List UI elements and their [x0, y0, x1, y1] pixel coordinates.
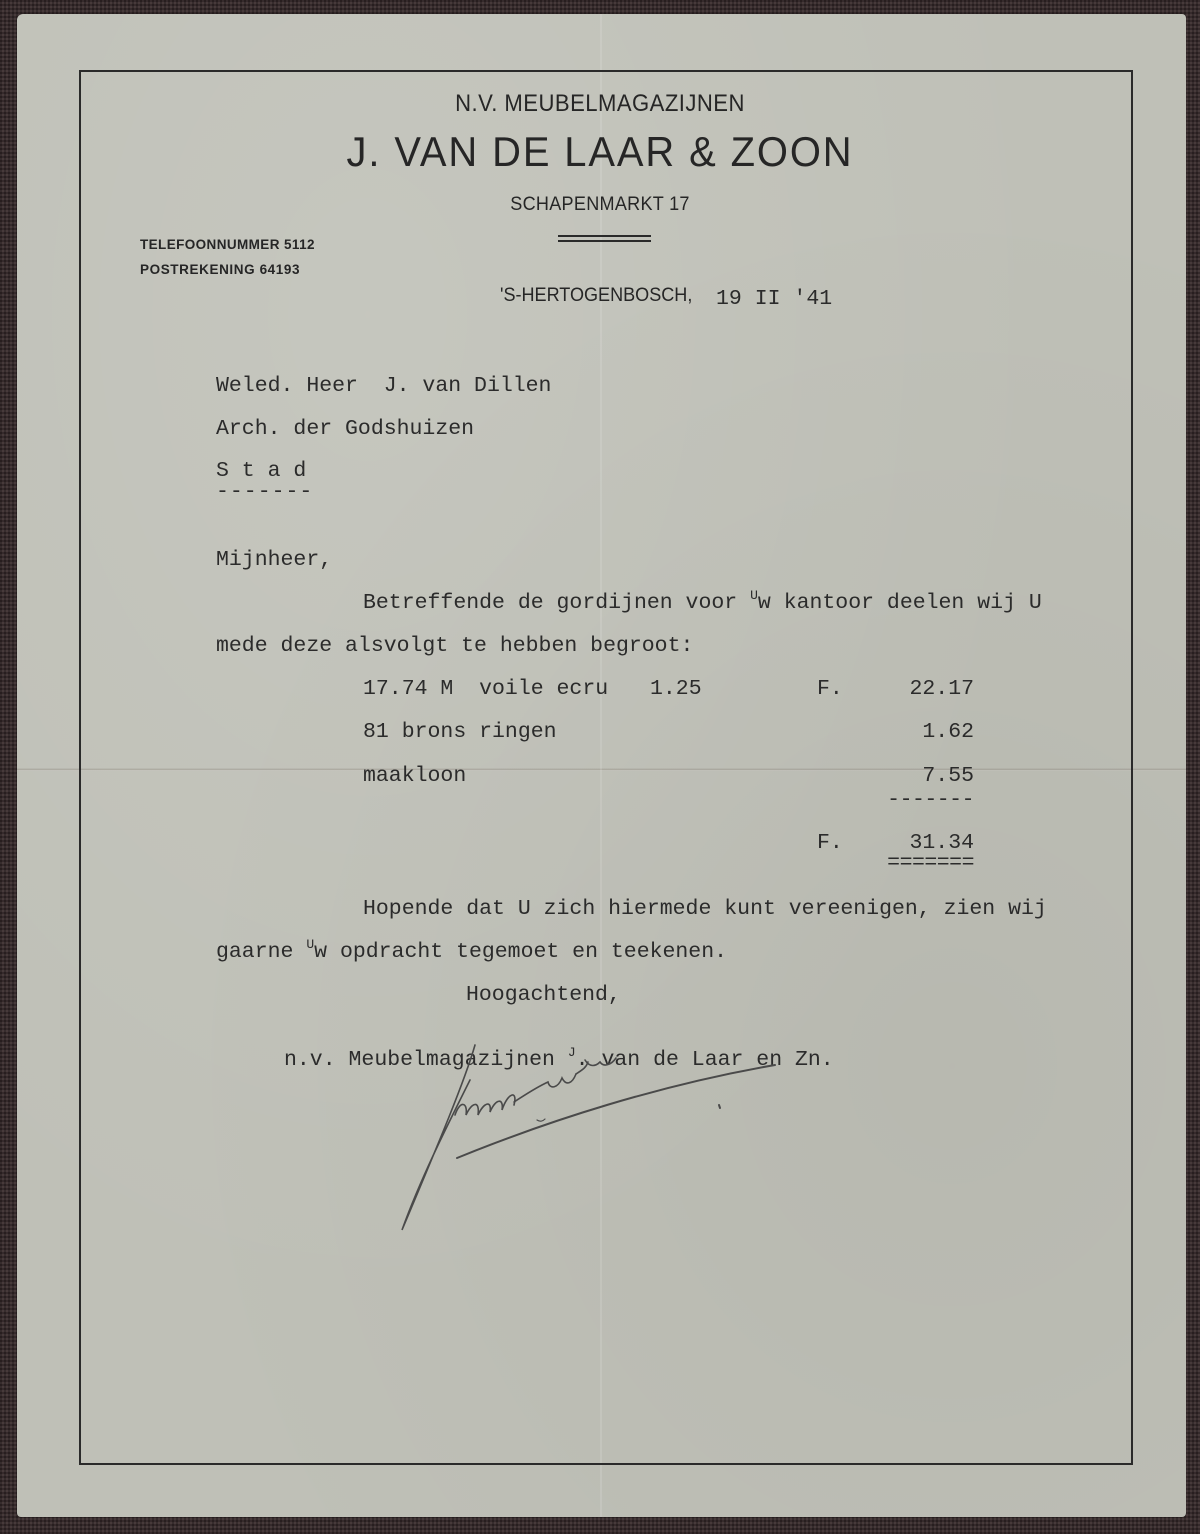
superscript: U — [750, 588, 758, 603]
body-paragraph-1-line-2: mede deze alsvolgt te hebben begroot: — [216, 636, 693, 658]
superscript: U — [306, 937, 314, 952]
item-description: maakloon — [363, 766, 466, 788]
letterhead-rule-top — [558, 235, 651, 237]
subtotal-rule: ------- — [880, 790, 974, 812]
text-run: Betreffende de gordijnen voor — [363, 591, 750, 615]
complimentary-close: Hoogachtend, — [466, 985, 621, 1007]
company-type: N.V. MEUBELMAGAZIJNEN — [48, 90, 1152, 118]
item-description: 81 brons ringen — [363, 722, 557, 744]
letterhead-rule-bottom — [558, 240, 651, 242]
closing-line-1: Hopende dat U zich hiermede kunt vereeni… — [363, 899, 1047, 921]
closing-line-2: gaarne Uw opdracht tegemoet en teekenen. — [216, 942, 727, 964]
item-description: 17.74 M voile ecru — [363, 679, 608, 701]
item-unit-price: 1.25 — [650, 679, 702, 701]
letter-date: 19 II '41 — [716, 289, 832, 311]
salutation: Mijnheer, — [216, 550, 332, 572]
company-name: J. VAN DE LAAR & ZOON — [30, 128, 1170, 176]
text-run: w opdracht tegemoet en teekenen. — [314, 940, 727, 964]
total-currency: F. — [817, 833, 843, 855]
item-amount: 22.17 — [880, 679, 974, 701]
recipient-name: Weled. Heer J. van Dillen — [216, 376, 551, 398]
item-currency: F. — [817, 679, 843, 701]
text-run: w kantoor deelen wij U — [758, 591, 1042, 615]
city: 'S-HERTOGENBOSCH, — [500, 285, 692, 307]
giro-account: POSTREKENING 64193 — [140, 262, 300, 277]
company-address: SCHAPENMARKT 17 — [30, 194, 1170, 216]
phone-number: TELEFOONNUMMER 5112 — [140, 237, 315, 252]
item-amount: 7.55 — [880, 766, 974, 788]
text-run: gaarne — [216, 940, 306, 964]
recipient-city-underline: ------- — [216, 482, 313, 504]
handwritten-signature — [400, 1040, 800, 1240]
recipient-organization: Arch. der Godshuizen — [216, 419, 474, 441]
body-paragraph-1-line-1: Betreffende de gordijnen voor Uw kantoor… — [363, 593, 1042, 615]
page-border — [79, 70, 1133, 1465]
total-rule: ======= — [880, 853, 974, 875]
item-amount: 1.62 — [880, 722, 974, 744]
